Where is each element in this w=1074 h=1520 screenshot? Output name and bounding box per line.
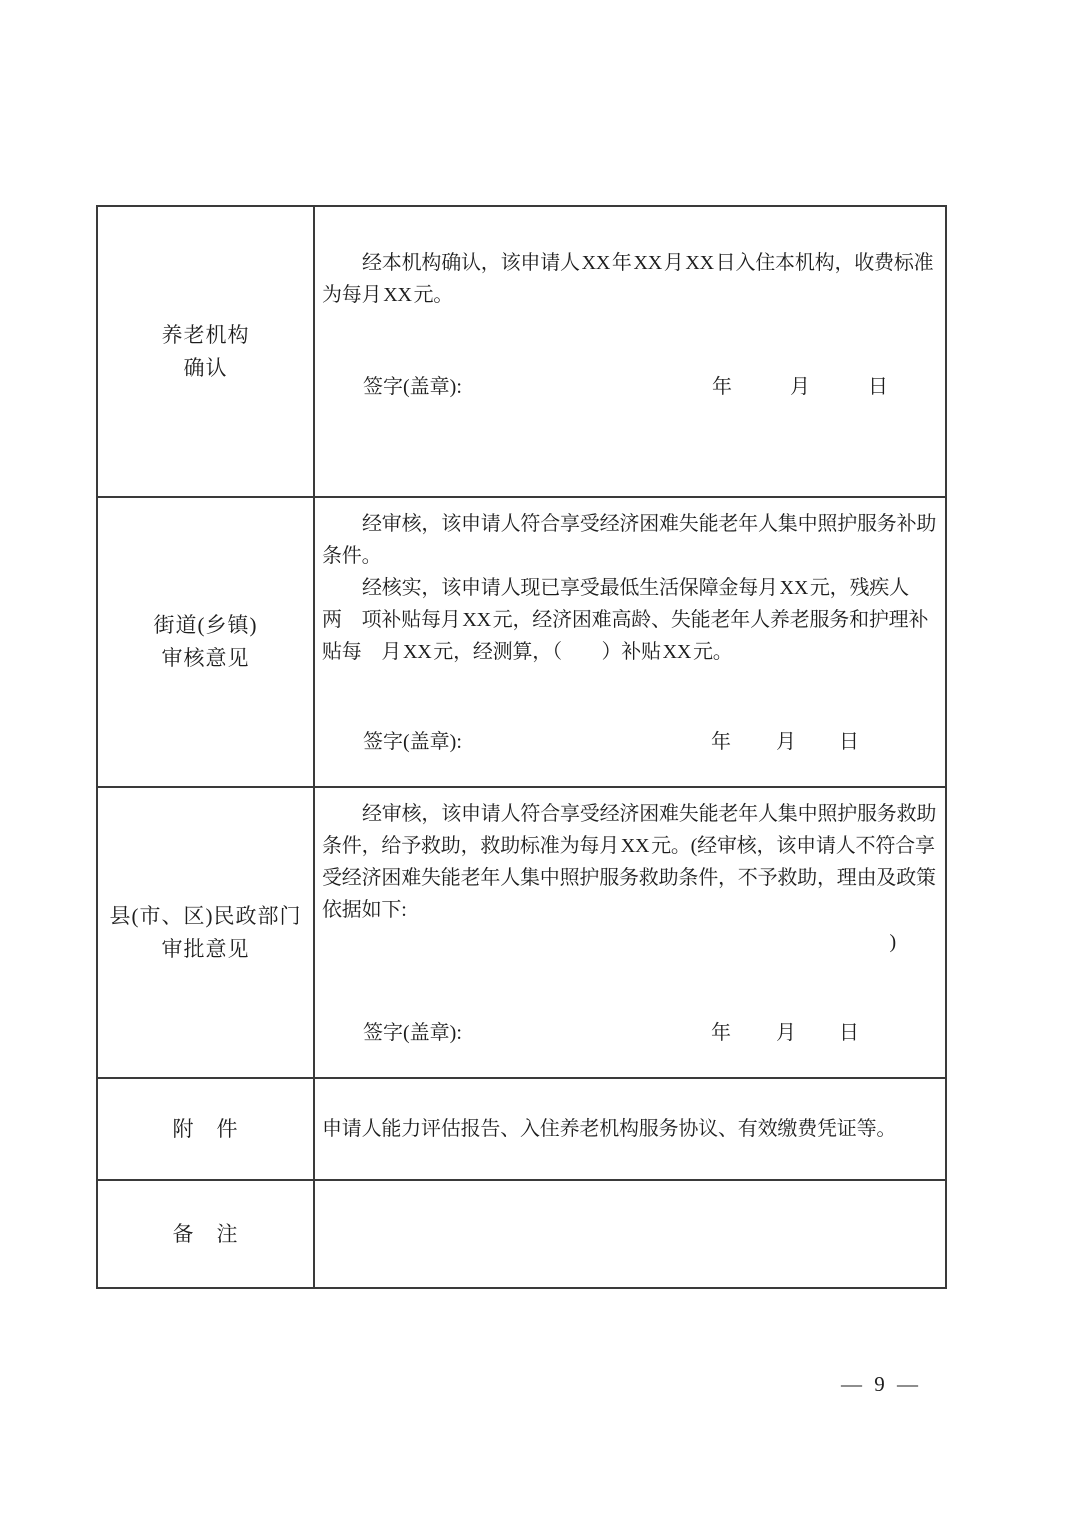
paragraph-block: 经本机构确认，该申请人 XX 年 XX 月 XX 日入住本机构，收费标准 为每月… (322, 247, 942, 311)
sign-seal-label: 签字(盖章): (363, 726, 462, 758)
cell-remarks-empty (315, 1181, 945, 1287)
row-label-line: 审核意见 (162, 642, 250, 675)
month-label: 月 (776, 1017, 796, 1049)
signature-line: 签字(盖章): 年 月 日 (315, 1017, 945, 1049)
year-label: 年 (711, 1017, 731, 1049)
year-label: 年 (712, 371, 732, 403)
row-label-line: 县(市、区)民政部门 (110, 900, 302, 933)
month-label: 月 (776, 726, 796, 758)
row-label-line: 审批意见 (162, 933, 250, 966)
row-label-attachments: 附 件 (98, 1079, 315, 1181)
row-label-line: 确认 (184, 352, 228, 385)
day-label: 日 (839, 1017, 859, 1049)
content-line: 为每月 XX 元。 (322, 279, 942, 311)
cell-institution-confirm: 经本机构确认，该申请人 XX 年 XX 月 XX 日入住本机构，收费标准 为每月… (315, 207, 945, 498)
day-label: 日 (868, 371, 888, 403)
closing-paren: ) (322, 926, 942, 958)
row-label-county-approval: 县(市、区)民政部门 审批意见 (98, 788, 315, 1079)
cell-street-review: 经审核，该申请人符合享受经济困难失能老年人集中照护服务补助 条件。 经核实，该申… (315, 498, 945, 788)
day-label: 日 (839, 726, 859, 758)
content-line: 申请人能力评估报告、入住养老机构服务协议、有效缴费凭证等。 (315, 1113, 945, 1145)
content-line: 受经济困难失能老年人集中照护服务救助条件，不予救助，理由及政策 (322, 862, 942, 894)
sign-seal-label: 签字(盖章): (363, 1017, 462, 1049)
sign-seal-label: 签字(盖章): (363, 371, 462, 403)
cell-attachments: 申请人能力评估报告、入住养老机构服务协议、有效缴费凭证等。 (315, 1079, 945, 1181)
content-line: 贴每 月 XX 元，经测算，（ ）补贴 XX 元。 (322, 636, 942, 668)
content-line: 两 项补贴每月 XX 元，经济困难高龄、失能老年人养老服务和护理补 (322, 604, 942, 636)
row-label-street-review: 街道(乡镇) 审核意见 (98, 498, 315, 788)
content-line: 条件，给予救助，救助标准为每月 XX 元。(经审核，该申请人不符合享 (322, 830, 942, 862)
month-label: 月 (790, 371, 810, 403)
content-line: 条件。 (322, 540, 942, 572)
row-label-line: 附 件 (173, 1113, 239, 1146)
paragraph-block: 经审核，该申请人符合享受经济困难失能老年人集中照护服务补助 条件。 经核实，该申… (322, 508, 942, 668)
row-label-line: 备 注 (173, 1218, 239, 1251)
paragraph-block: 经审核，该申请人符合享受经济困难失能老年人集中照护服务救助 条件，给予救助，救助… (322, 798, 942, 958)
page-number: — 9 — (841, 1372, 919, 1397)
signature-line: 签字(盖章): 年 月 日 (315, 726, 945, 758)
year-label: 年 (711, 726, 731, 758)
content-line: 经本机构确认，该申请人 XX 年 XX 月 XX 日入住本机构，收费标准 (322, 247, 942, 279)
cell-county-approval: 经审核，该申请人符合享受经济困难失能老年人集中照护服务救助 条件，给予救助，救助… (315, 788, 945, 1079)
content-line: 经核实，该申请人现已享受最低生活保障金每月 XX 元，残疾人 (322, 572, 942, 604)
signature-line: 签字(盖章): 年 月 日 (315, 371, 945, 403)
row-label-remarks: 备 注 (98, 1181, 315, 1287)
approval-form-table: 养老机构 确认 经本机构确认，该申请人 XX 年 XX 月 XX 日入住本机构，… (96, 205, 947, 1289)
content-line: 经审核，该申请人符合享受经济困难失能老年人集中照护服务救助 (322, 798, 942, 830)
row-label-institution-confirm: 养老机构 确认 (98, 207, 315, 498)
content-line: 依据如下: (322, 894, 942, 926)
content-line: 经审核，该申请人符合享受经济困难失能老年人集中照护服务补助 (322, 508, 942, 540)
row-label-line: 养老机构 (162, 319, 250, 352)
row-label-line: 街道(乡镇) (154, 609, 258, 642)
document-page: 养老机构 确认 经本机构确认，该申请人 XX 年 XX 月 XX 日入住本机构，… (0, 0, 1074, 1520)
